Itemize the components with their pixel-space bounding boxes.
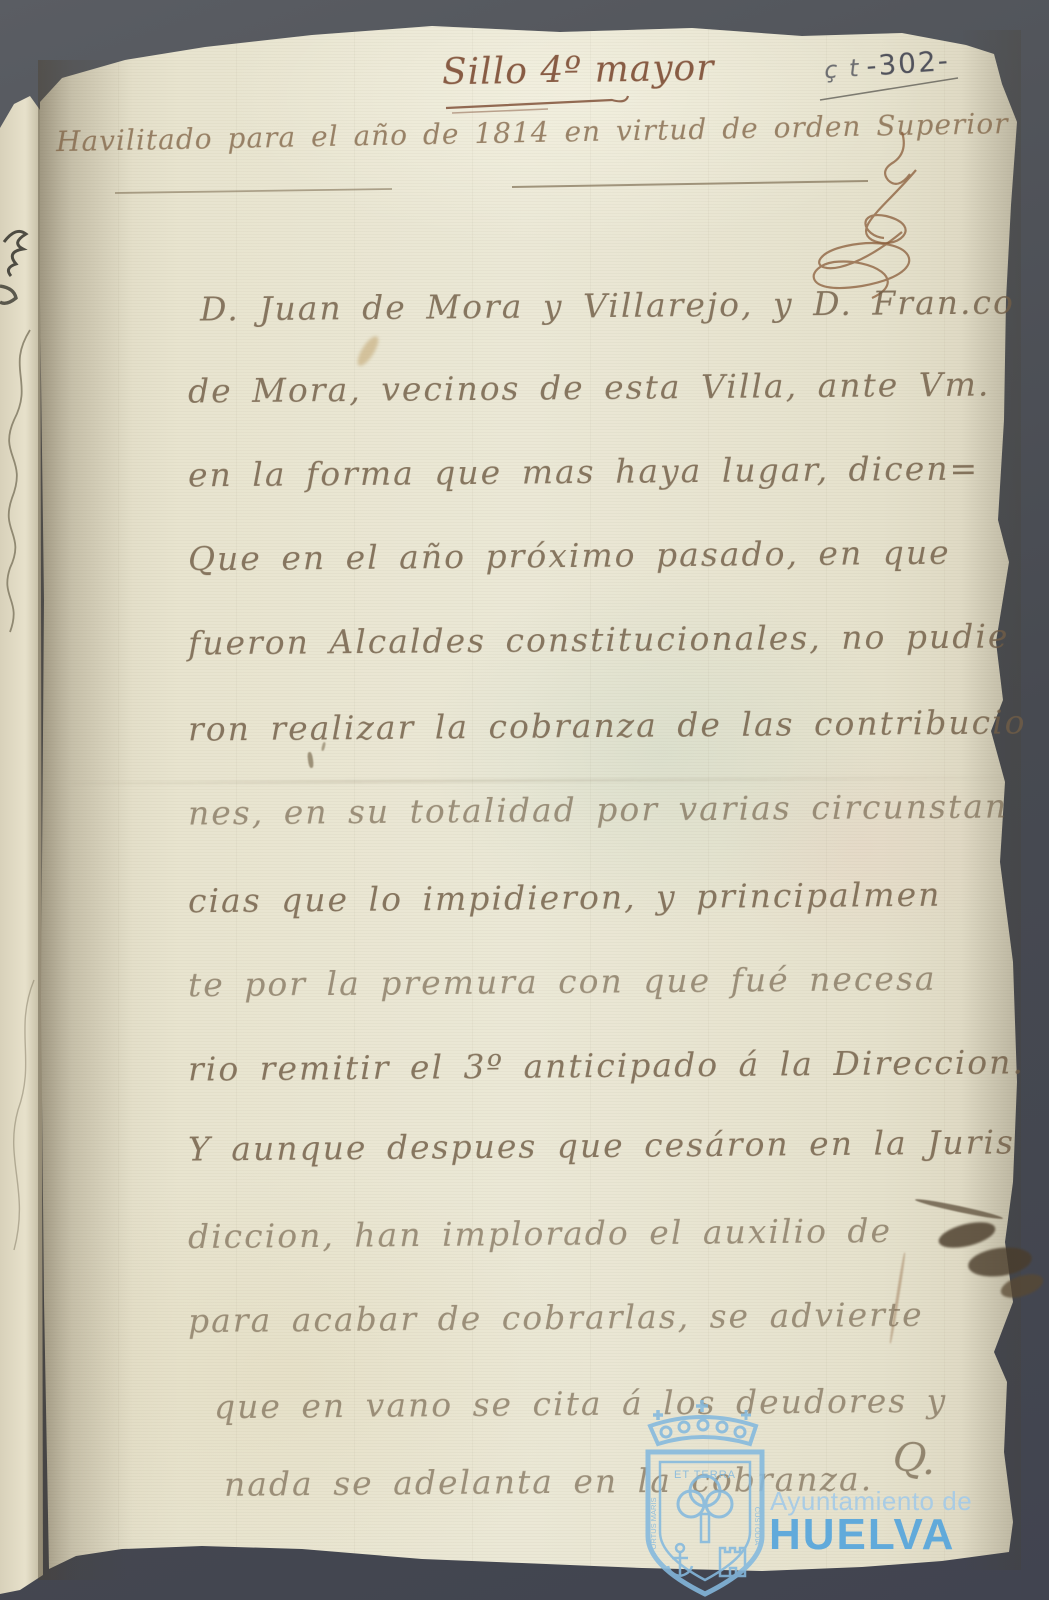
manuscript-line: Que en el año próximo pasado, en que [188, 533, 951, 579]
manuscript-line: D. Juan de Mora y Villarejo, y D. Fran.c… [200, 282, 1015, 328]
anchor-icon [668, 1544, 692, 1576]
huelva-crest-icon: ET TERRA PORTUS MARIS CUSTODIA [636, 1396, 774, 1600]
manuscript-line: nes, en su totalidad por varias circunst… [188, 786, 1008, 832]
page-number-marks: ç t [823, 54, 861, 84]
manuscript-line: que en vano se cita á los deudores y [214, 1381, 948, 1426]
manuscript-line: Y aunque despues que cesáron en la Juris [188, 1122, 1015, 1168]
watermark-city-name: HUELVA [769, 1510, 955, 1560]
crest-motto-top: ET TERRA [674, 1469, 736, 1481]
crown-icon [650, 1400, 756, 1444]
manuscript-line: te por la premura con que fué necesa [188, 959, 937, 1005]
crest-motto-right: CUSTODIA [753, 1507, 762, 1546]
manuscript-line: cias que lo impidieron, y principalmen [188, 875, 942, 921]
previous-page-edge [0, 0, 46, 1600]
margin-mark: Q. [890, 1433, 939, 1485]
manuscript-line: para acabar de cobrarlas, se advierte [188, 1295, 924, 1340]
crest-motto-left: PORTUS MARIS [649, 1498, 658, 1555]
manuscript-line: de Mora, vecinos de esta Villa, ante Vm. [188, 364, 991, 410]
seal-title: Sillo 4º mayor [442, 48, 715, 94]
tree-icon [678, 1476, 732, 1542]
manuscript-line: fueron Alcaldes constitucionales, no pud… [188, 616, 1010, 662]
manuscript-line: diccion, han implorado el auxilio de [188, 1211, 892, 1256]
manuscript-line: ron realizar la cobranza de las contribu… [188, 702, 1027, 748]
page-number-value: -302- [865, 44, 951, 83]
manuscript-line: en la forma que mas haya lugar, dicen= [188, 449, 979, 495]
manuscript-line: rio remitir el 3º anticipado á la Direcc… [188, 1042, 1025, 1088]
scanned-manuscript-page: Sillo 4º mayor Havilitado para el año de… [0, 0, 1049, 1600]
